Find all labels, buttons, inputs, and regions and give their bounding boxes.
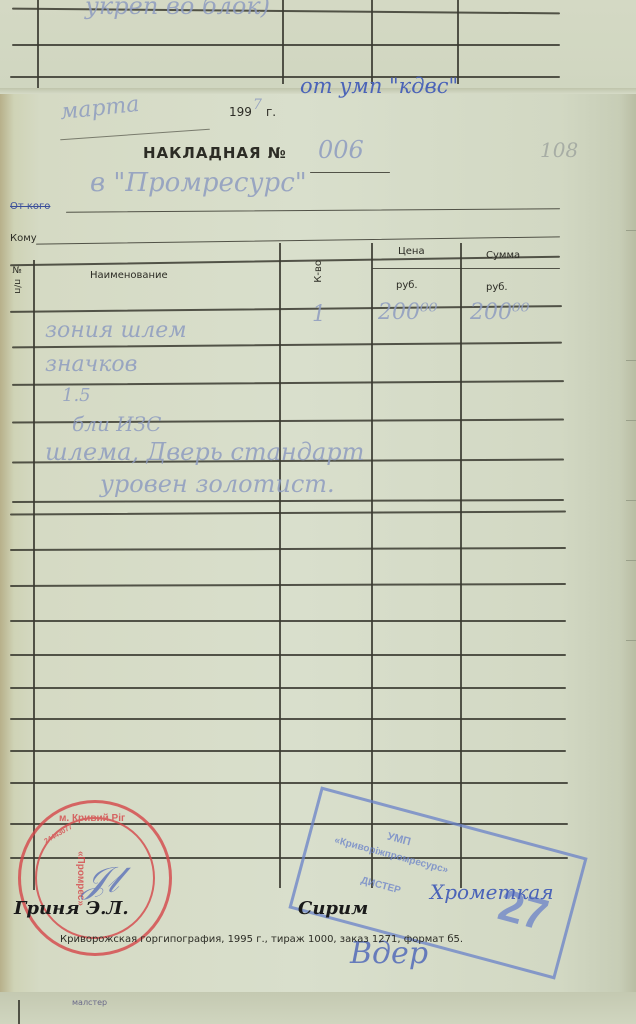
col-header-sum: Сумма: [486, 250, 520, 261]
right-handwritten-name: Хрометкая: [430, 880, 554, 904]
print-imprint: Криворожская горгипография, 1995 г., тир…: [60, 934, 463, 945]
document-title: НАКЛАДНАЯ №: [143, 144, 287, 162]
col-divider: [371, 243, 373, 888]
col-divider: [460, 243, 462, 888]
row-sum: 200⁰⁰: [470, 300, 530, 325]
row-name: 1.5: [62, 385, 91, 406]
row-name: бли ИЗС: [72, 412, 161, 436]
from-note-handwriting: от умп "кдвс": [300, 74, 458, 98]
from-value: в "Промресурс": [90, 168, 307, 198]
row-name: шлема, Дверь стандарт: [45, 438, 364, 466]
col-header-sum-unit: руб.: [486, 282, 508, 293]
col-header-name: Наименование: [90, 270, 168, 281]
date-handwriting: марта: [59, 92, 141, 125]
stamp-rect-line1: УМП: [386, 831, 412, 849]
stamp-city: м. Кривий Ріг: [59, 813, 125, 824]
row-qty: 1: [312, 302, 326, 327]
left-autograph: 𝒥𝓁: [82, 860, 119, 902]
row-price: 200⁰⁰: [378, 300, 438, 325]
col-divider: [279, 243, 281, 888]
page-mark: 108: [540, 138, 578, 162]
year-handwritten: 7: [253, 97, 262, 113]
row-name: зония шлем: [45, 318, 187, 343]
prev-page-handwriting: укреп во блок): [85, 0, 270, 20]
from-label: От кого: [10, 201, 50, 212]
invoice-number: 006: [318, 136, 364, 164]
next-page-fragment: малстер: [0, 992, 636, 1024]
to-label: Кому: [10, 233, 37, 244]
col-header-price: Цена: [398, 246, 425, 257]
right-signature: Сирим: [298, 898, 368, 919]
col-header-price-unit: руб.: [396, 280, 418, 291]
col-header-number: № п/п: [12, 266, 22, 294]
invoice-page: укреп во блок) от умп "кдвс" марта 199 7…: [0, 0, 636, 1024]
year-printed: 199: [229, 105, 252, 119]
year-suffix: г.: [266, 105, 276, 119]
col-divider: [33, 260, 35, 890]
row-name: уровен золотист.: [100, 470, 335, 498]
row-name: значков: [45, 352, 137, 377]
stamp-rect-line3: ДИСТЕР: [360, 875, 402, 896]
bottom-fragment-text: малстер: [72, 998, 107, 1007]
col-header-qty: К-во: [313, 260, 324, 283]
